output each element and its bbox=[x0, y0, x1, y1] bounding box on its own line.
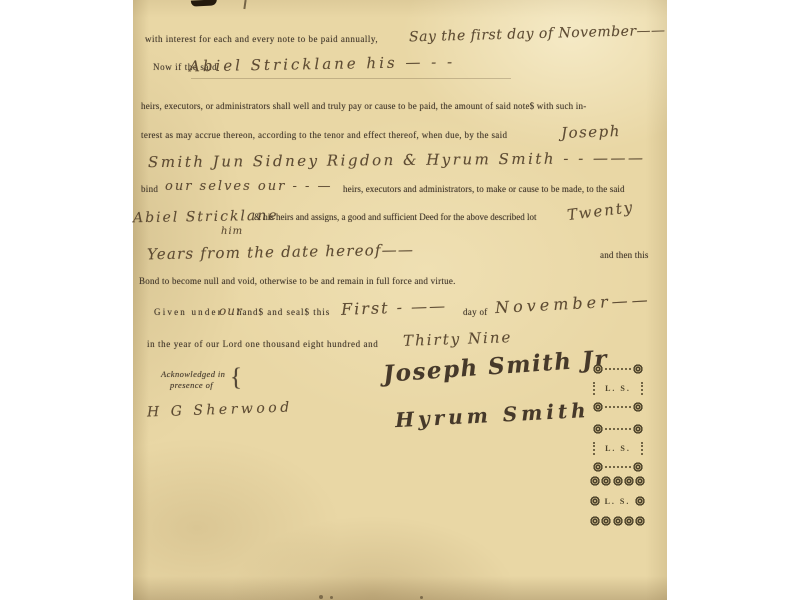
printed-presence-of: presence of bbox=[170, 380, 213, 390]
handwritten-him: him bbox=[221, 226, 243, 237]
ack-brace: { bbox=[230, 364, 242, 392]
left-letterbox bbox=[0, 0, 133, 600]
printed-year-of-our-lord: in the year of our Lord one thousand eig… bbox=[147, 339, 378, 349]
rosette-icon bbox=[633, 462, 643, 472]
seal-3: L. S. bbox=[590, 476, 645, 526]
printed-and-then-this: and then this bbox=[600, 250, 649, 260]
dotted-border bbox=[593, 442, 595, 455]
ink-speck bbox=[319, 595, 323, 599]
rosette-icon bbox=[601, 516, 611, 526]
printed-deed-clause: & his heirs and assigns, a good and suff… bbox=[254, 212, 537, 222]
rosette-icon bbox=[633, 424, 643, 434]
rosette-icon bbox=[613, 476, 623, 486]
seal-1: L. S. bbox=[593, 364, 643, 412]
rosette-icon bbox=[590, 496, 600, 506]
seal-center-row: L. S. bbox=[593, 442, 643, 455]
handwritten-name-abiel-stricklane: Abiel Stricklane his — - - bbox=[189, 53, 455, 76]
printed-hands-and-seals: hand$ and seal$ this bbox=[237, 307, 330, 317]
dotted-border bbox=[605, 406, 631, 408]
seal-border-row bbox=[593, 424, 643, 434]
seal-center-row: L. S. bbox=[590, 496, 645, 506]
handwritten-twenty: Twenty bbox=[566, 198, 635, 224]
printed-heirs-executors-clause: heirs, executors, or administrators shal… bbox=[141, 101, 586, 111]
handwritten-smith-rigdon-smith: Smith Jun Sidney Rigdon & Hyrum Smith - … bbox=[148, 149, 646, 171]
document-photo: with interest for each and every note to… bbox=[133, 0, 667, 600]
dotted-border bbox=[641, 442, 643, 455]
handwritten-thirty-nine: Thirty Nine bbox=[403, 328, 513, 350]
handwritten-first-day-november: Say the first day of November—— bbox=[409, 23, 666, 46]
seal-2: L. S. bbox=[593, 424, 643, 472]
rosette-icon bbox=[635, 516, 645, 526]
rosette-icon bbox=[613, 516, 623, 526]
dotted-border bbox=[605, 428, 631, 430]
right-letterbox bbox=[667, 0, 800, 600]
printed-make-or-cause-clause: heirs, executors and administrators, to … bbox=[343, 184, 625, 194]
dotted-border bbox=[641, 382, 643, 395]
rosette-icon bbox=[590, 516, 600, 526]
seal-border-row bbox=[593, 364, 643, 374]
handwritten-november: November—— bbox=[495, 290, 652, 317]
dotted-border bbox=[593, 382, 595, 395]
printed-acknowledged-in: Acknowledged in bbox=[161, 369, 225, 379]
ink-speck bbox=[330, 596, 333, 599]
dotted-border bbox=[605, 368, 631, 370]
printed-bind: bind bbox=[141, 184, 158, 194]
rosette-icon bbox=[601, 476, 611, 486]
ink-blot bbox=[191, 0, 217, 7]
pen-tick bbox=[243, 0, 246, 9]
seal-border-row bbox=[590, 476, 645, 486]
printed-tenor-effect-clause: terest as may accrue thereon, according … bbox=[141, 130, 507, 140]
rosette-icon bbox=[633, 364, 643, 374]
dotted-border bbox=[605, 466, 631, 468]
seal-ls-label: L. S. bbox=[605, 444, 631, 453]
seal-ls-label: L. S. bbox=[605, 384, 631, 393]
signature-hyrum-smith: Hyrum Smith bbox=[395, 398, 591, 432]
rosette-icon bbox=[635, 496, 645, 506]
seal-center-row: L. S. bbox=[593, 382, 643, 395]
printed-given-under: Given under bbox=[154, 307, 223, 317]
printed-interest-clause: with interest for each and every note to… bbox=[145, 34, 378, 44]
rosette-icon bbox=[633, 402, 643, 412]
rosette-icon bbox=[624, 476, 634, 486]
rosette-icon bbox=[624, 516, 634, 526]
seal-border-row bbox=[593, 402, 643, 412]
printed-bond-null-void: Bond to become null and void, otherwise … bbox=[139, 276, 456, 286]
handwritten-ourselves: our selves our - - — bbox=[165, 179, 333, 194]
signature-joseph-smith: Joseph Smith Jr bbox=[382, 345, 608, 388]
rosette-icon bbox=[593, 462, 603, 472]
witness-signature-sherwood: H G Sherwood bbox=[147, 399, 293, 420]
ink-speck bbox=[420, 596, 423, 599]
seal-border-row bbox=[590, 516, 645, 526]
blank-line-rule bbox=[191, 78, 511, 79]
rosette-icon bbox=[593, 424, 603, 434]
rosette-icon bbox=[593, 402, 603, 412]
rosette-icon bbox=[593, 364, 603, 374]
rosette-icon bbox=[590, 476, 600, 486]
handwritten-joseph: Joseph bbox=[561, 122, 621, 142]
handwritten-years-from-date: Years from the date hereof—— bbox=[147, 241, 414, 264]
printed-day-of: day of bbox=[463, 307, 488, 317]
seal-border-row bbox=[593, 462, 643, 472]
handwritten-first: First - —— bbox=[341, 296, 448, 319]
seal-ls-label: L. S. bbox=[605, 497, 631, 506]
rosette-icon bbox=[635, 476, 645, 486]
scanned-document-screenshot: with interest for each and every note to… bbox=[0, 0, 800, 600]
